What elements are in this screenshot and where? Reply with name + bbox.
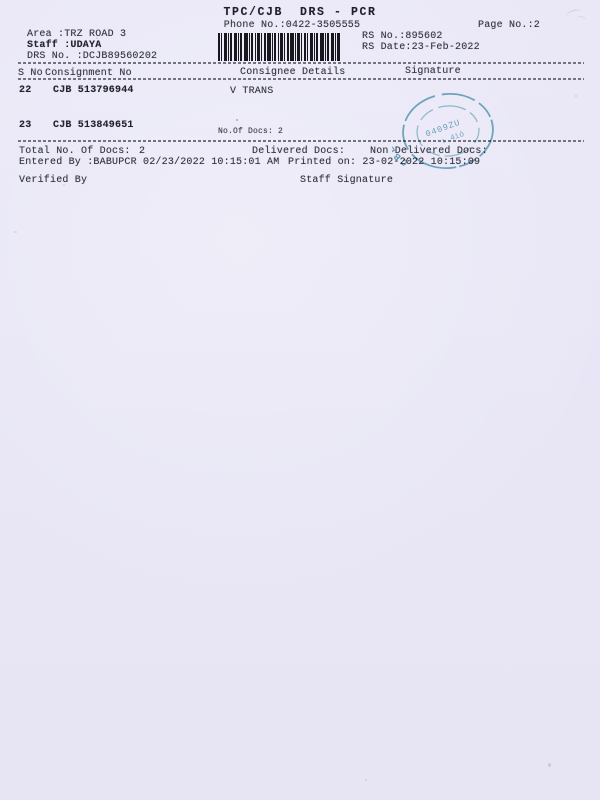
- row-docs-note: No.Of Docs: 2: [218, 127, 283, 136]
- page-number: Page No.:2: [478, 20, 540, 31]
- document-title: TPC/CJB DRS - PCR: [0, 7, 600, 18]
- row-sno: 22: [19, 85, 31, 96]
- total-docs-value: 2: [139, 146, 145, 157]
- column-header-sno: S No: [18, 68, 43, 79]
- staff-signature-label: Staff Signature: [300, 175, 393, 186]
- scan-speck: [96, 37, 98, 39]
- total-docs-label: Total No. Of Docs:: [19, 146, 131, 157]
- barcode: [218, 33, 340, 61]
- row-consignee: V TRANS: [230, 86, 273, 97]
- row-sno: 23: [19, 120, 31, 131]
- scan-speck: [365, 779, 367, 781]
- scan-speck: [575, 95, 577, 97]
- ink-speck: [236, 119, 238, 121]
- rs-number-field: RS No.:895602: [362, 31, 443, 42]
- delivered-docs-label: Delivered Docs:: [252, 146, 345, 157]
- column-header-consignee: Consignee Details: [240, 67, 345, 78]
- area-field: Area :TRZ ROAD 3: [27, 29, 126, 40]
- scan-speck: [63, 184, 65, 186]
- scan-speck: [14, 231, 17, 233]
- staff-field: Staff :UDAYA: [27, 40, 101, 51]
- entered-by-field: Entered By :BABUPCR 02/23/2022 10:15:01 …: [19, 157, 279, 168]
- row-consignment-no: CJB 513849651: [53, 120, 134, 131]
- column-header-consignment: Consignment No: [45, 68, 132, 79]
- scan-speck: [548, 763, 551, 767]
- drs-number-field: DRS No. :DCJB89560202: [27, 51, 157, 62]
- separator-line: [18, 62, 584, 64]
- stamp-arc-text: CBE-48: [392, 118, 410, 168]
- postal-date-stamp: CBE-48 0409ZU : 4ió: [392, 89, 504, 181]
- row-consignment-no: CJB 513796944: [53, 85, 134, 96]
- column-header-signature: Signature: [405, 66, 461, 77]
- verified-by-label: Verified By: [19, 175, 87, 186]
- rs-date-field: RS Date:23-Feb-2022: [362, 42, 480, 53]
